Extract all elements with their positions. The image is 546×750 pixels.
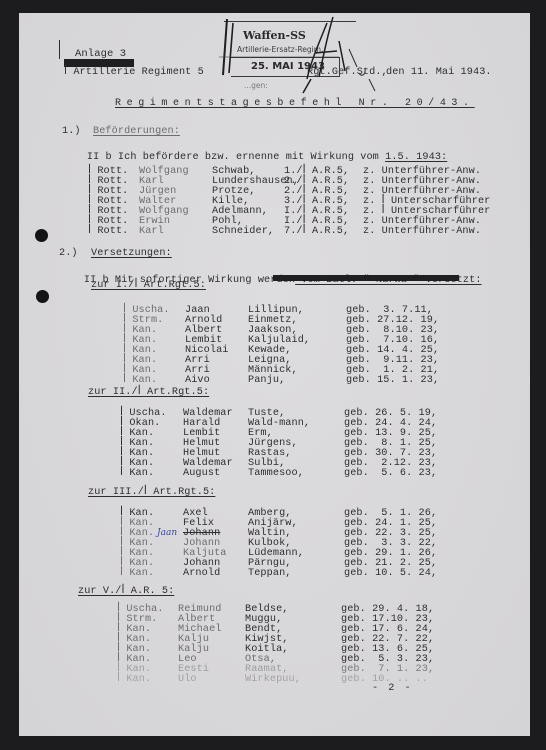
section2-number: 2.) bbox=[59, 249, 78, 259]
group-heading-I: zur I./ꟾ Art.Rgt.5: bbox=[91, 281, 206, 291]
redaction-bar-origin bbox=[273, 275, 459, 281]
section1-heading: Beförderungen: bbox=[93, 127, 180, 137]
group-heading-III: zur III./ꟾ Art.Rgt.5: bbox=[88, 488, 215, 498]
annex-label: Anlage 3 bbox=[75, 49, 126, 59]
handwritten-annotation: Jaan bbox=[157, 528, 177, 538]
punch-hole-bottom bbox=[36, 290, 49, 303]
section1-effective-date: 1.5. 1943: bbox=[385, 152, 447, 163]
punch-hole-top bbox=[35, 229, 48, 242]
margin-mark bbox=[59, 40, 60, 59]
page-number: - 2 - bbox=[372, 684, 413, 694]
signature-mark bbox=[219, 13, 439, 103]
document-page: Anlage 3 ꟾ Artillerie Regiment 5 Rgt.Gef… bbox=[19, 13, 530, 736]
section1-number: 1.) bbox=[62, 127, 81, 137]
section1-intro-text: II b Ich befördere bzw. ernenne mit Wirk… bbox=[87, 152, 385, 163]
group-heading-V: zur V./ꟾ A.R. 5: bbox=[78, 587, 174, 597]
section2-heading: Versetzungen: bbox=[91, 249, 172, 259]
order-title: Regimentstagesbefehl Nr. 20/43. bbox=[115, 99, 475, 109]
unit-line: ꟾ Artillerie Regiment 5 bbox=[64, 68, 204, 78]
group-heading-II: zur II./ꟾ Art.Rgt.5: bbox=[88, 388, 209, 398]
redaction-bar-annex bbox=[64, 59, 134, 67]
